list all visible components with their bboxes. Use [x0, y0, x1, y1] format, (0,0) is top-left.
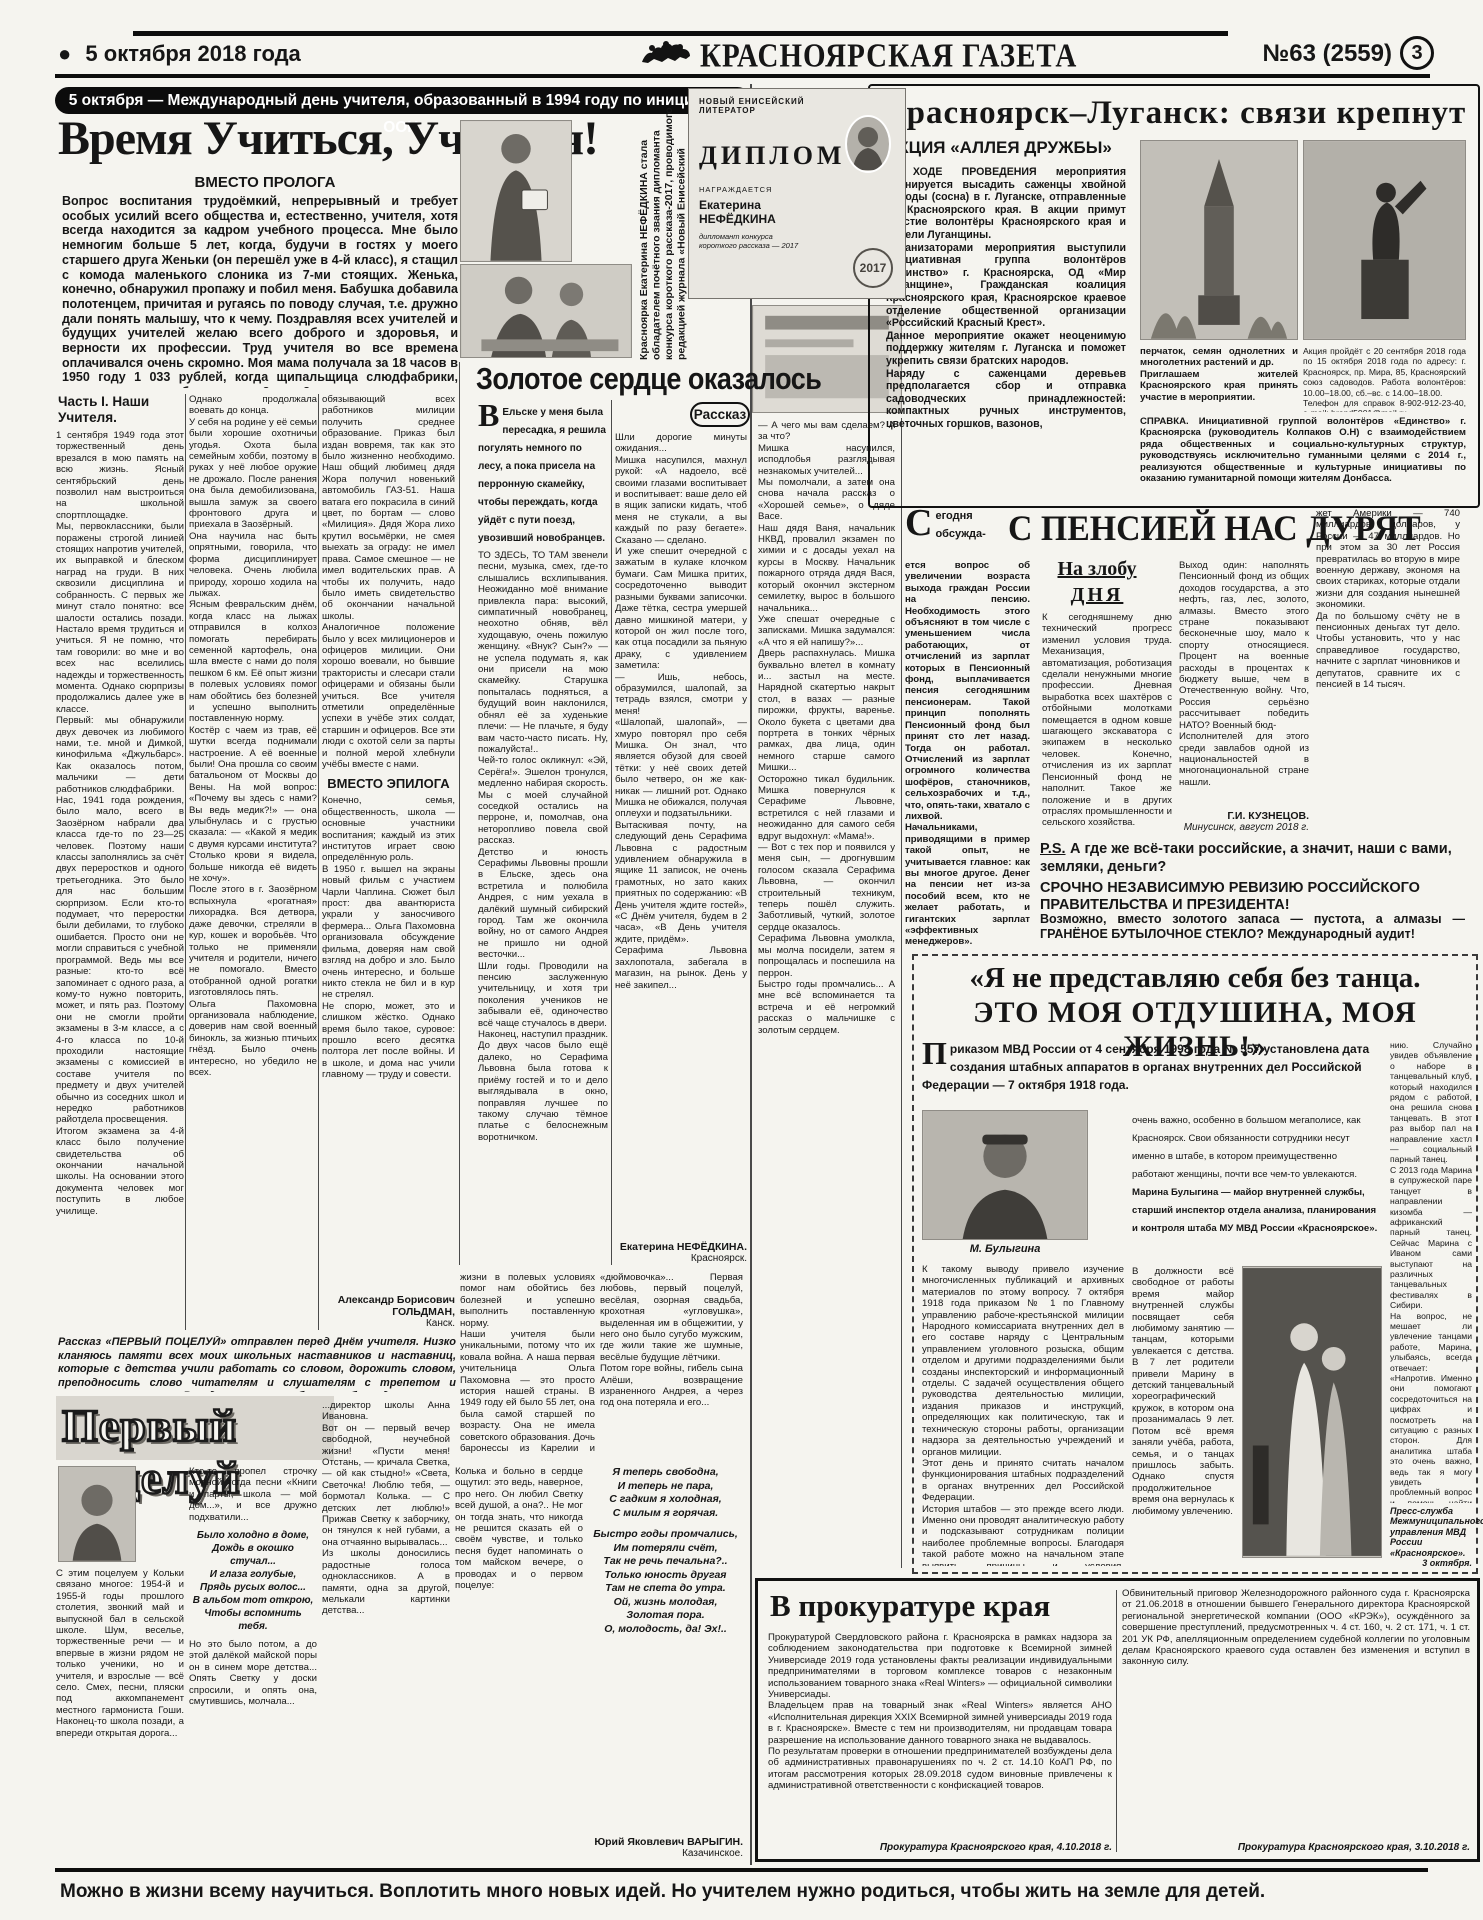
diploma-portrait-photo	[845, 115, 891, 173]
masthead-title: КРАСНОЯРСКАЯ ГАЗЕТА	[700, 35, 1077, 75]
diploma-org: НОВЫЙ ЕНИСЕЙСКИЙ ЛИТЕРАТОР	[699, 97, 819, 115]
kiss-column-4: Колька и больно в сердце ощутил: это вед…	[455, 1466, 583, 1860]
prologue-heading: ВМЕСТО ПРОЛОГА	[150, 174, 380, 191]
horses-ornament-icon	[640, 36, 692, 75]
story-column-1: В Ельске у меня была пересадка, я решила…	[478, 402, 608, 1265]
issue-number: №63 (2559)	[1222, 40, 1392, 68]
pension-column-2: К сегодняшнему дню технический прогресс …	[1042, 612, 1172, 834]
column-rule	[611, 400, 612, 1265]
footer-rule	[55, 1868, 1428, 1872]
story-column-3: — А чего мы вам сделаем? А за что? Мишка…	[758, 420, 895, 1568]
part-one-heading: Часть I. Наши Учителя.	[58, 394, 186, 426]
diploma-awarded-label: НАГРАЖДАЕТСЯ	[699, 185, 895, 194]
photo-dance-couple	[1242, 1266, 1382, 1558]
column-rule	[318, 394, 319, 1330]
kiss-column-5: Я теперь свободна, И теперь не пара, С г…	[588, 1466, 743, 1860]
column-rule	[185, 394, 186, 1330]
photo-monument	[1303, 140, 1466, 340]
photo-kiss-portrait	[58, 1466, 136, 1562]
kiss-byline-place: Казачинское.	[588, 1848, 743, 1860]
prosecutor-column-1: Прокуратурой Свердловского района г. Кра…	[768, 1632, 1112, 1854]
dance-column-2-intro: очень важно, особенно в большом мегаполи…	[1132, 1115, 1361, 1180]
story-byline: Екатерина НЕФЁДКИНА.	[615, 1241, 747, 1253]
pension-kicker-line1: На злобу	[1040, 556, 1154, 582]
lugansk-spravka: СПРАВКА. Инициативной группой волонтёров…	[1140, 416, 1466, 500]
dance-column-2: очень важно, особенно в большом мегаполи…	[1132, 1110, 1382, 1262]
story-title: Золотое сердце оказалось	[476, 362, 752, 396]
kiss-verse-1: Я теперь свободна, И теперь не пара, С г…	[588, 1466, 743, 1520]
photo-bulygina-caption: М. Булыгина	[922, 1243, 1088, 1255]
column-rule	[901, 418, 902, 1568]
kiss-intro: Рассказ «ПЕРВЫЙ ПОЦЕЛУЙ» отправлен перед…	[58, 1336, 456, 1392]
dance-lead: П риказом МВД России от 4 сентября 1998 …	[922, 1040, 1380, 1104]
masthead-logo: КРАСНОЯРСКАЯ ГАЗЕТА	[640, 36, 1077, 75]
pension-opening-text: егодня обсужда-	[935, 510, 985, 540]
pension-column-4: жет Америки — 740 миллиардов долларов, у…	[1316, 508, 1460, 834]
prosecutor-signature-1: Прокуратура Красноярского края, 4.10.201…	[768, 1842, 1112, 1854]
prosecutor-signature-2: Прокуратура Красноярского края, 3.10.201…	[1122, 1842, 1470, 1854]
lugansk-subhead: АКЦИЯ «АЛЛЕЯ ДРУЖБЫ»	[886, 138, 1136, 158]
kiss-title-block: Первый поцелуй	[56, 1396, 334, 1460]
pension-headline: С ПЕНСИЕЙ НАС ДУРЯТ	[1008, 506, 1337, 550]
diploma-name: Екатерина НЕФЁДКИНА	[699, 198, 809, 226]
pension-dropcap: С	[905, 506, 935, 540]
dance-headline-line1: «Я не представляю себя без танца.	[920, 962, 1470, 995]
pension-ps-text: А где же всё-таки российские, а значит, …	[1040, 841, 1452, 875]
prologue-text: Вопрос воспитания трудоёмкий, непрерывны…	[62, 194, 458, 388]
pension-column-3: Выход один: наполнять Пенсионный фонд из…	[1179, 560, 1309, 834]
kiss-poem: Было холодно в доме, Дождь в окошко стуч…	[189, 1529, 317, 1633]
pension-column-3-text: Выход один: наполнять Пенсионный фонд из…	[1179, 560, 1309, 807]
pension-signature-place: Минусинск, август 2018 г.	[1179, 822, 1309, 834]
photo-bulygina-portrait	[922, 1110, 1088, 1240]
pension-ps-block: P.S. А где же всё-таки российские, а зна…	[1040, 840, 1465, 910]
lugansk-column-1: В ХОДЕ ПРОВЕДЕНИЯ мероприятия планируетс…	[886, 166, 1126, 496]
story-column-2-text: Шли дорогие минуты ожидания... Мишка нас…	[615, 432, 747, 1238]
column-rule	[1116, 1590, 1117, 1852]
dance-lead-text: риказом МВД России от 4 сентября 1998 го…	[922, 1042, 1369, 1092]
prosecutor-title: В прокуратуре края	[770, 1588, 1115, 1624]
photo-chapel	[1140, 140, 1298, 340]
pension-ps-label: P.S.	[1040, 841, 1066, 857]
page-number-badge: 3	[1400, 36, 1434, 70]
feature-column-2: Однако продолжала воевать до конца. У се…	[189, 394, 317, 1330]
feature-column-3-text: обязывающий всех работников милиции полу…	[322, 394, 455, 770]
feature-continuation-column-4: жизни в полевых условиях помог нам обойт…	[460, 1272, 595, 1456]
dance-byline: Пресс-служба Межмуниципального управлени…	[1390, 1506, 1472, 1559]
masthead-date: 5 октября 2018 года	[85, 41, 300, 66]
feature-byline: Александр Борисович ГОЛЬДМАН,	[322, 1294, 455, 1318]
diploma-year-badge: 2017	[853, 248, 893, 288]
masthead-bottom-rule	[55, 74, 1430, 78]
diploma-note: дипломант конкурса короткого рассказа — …	[699, 232, 807, 250]
prosecutor-column-2-text: Обвинительный приговор Железнодорожного …	[1122, 1588, 1470, 1839]
dance-right-column-text: нию. Случайно увидев объявление о наборе…	[1390, 1040, 1472, 1503]
photo-children-at-desk	[460, 264, 632, 358]
kiss-column-3: ...директор школы Анна Ивановна. Вот он …	[322, 1400, 450, 1860]
kiss-column-2b-text: Но это было потом, а до этой далёкой май…	[189, 1639, 317, 1707]
pension-ps-demand: СРОЧНО НЕЗАВИСИМУЮ РЕВИЗИЮ РОССИЙСКОГО П…	[1040, 880, 1465, 910]
pension-opening: С егодня обсужда-	[905, 506, 1005, 556]
feature-continuation-column-5: «дюймовочка»... Первая любовь, первый по…	[600, 1272, 743, 1456]
dance-right-column: нию. Случайно увидев объявление о наборе…	[1390, 1040, 1472, 1568]
lugansk-headline: Красноярск–Луганск: связи крепнут	[880, 94, 1468, 132]
pension-kicker: На злобу ДНЯ	[1040, 556, 1154, 608]
lugansk-column-3: Акция пройдёт с 20 сентября 2018 года по…	[1303, 346, 1466, 412]
feature-headline: Время Учиться, Учиться!	[58, 114, 698, 164]
dance-column-1: К такому выводу привело изучение многочи…	[922, 1264, 1124, 1566]
kiss-byline: Юрий Яковлевич ВАРЫГИН.	[588, 1836, 743, 1848]
epilogue-text: Конечно, семья, общественность, школа — …	[322, 795, 455, 1291]
story-genre-badge: Рассказ	[690, 402, 750, 427]
pension-column-1: ется вопрос об увеличении возраста выход…	[905, 560, 1030, 950]
dance-dropcap: П	[922, 1040, 950, 1067]
column-rule	[459, 362, 460, 1265]
epilogue-heading: ВМЕСТО ЭПИЛОГА	[322, 776, 455, 791]
newspaper-page: ● 5 октября 2018 года КРАСНОЯРСКАЯ ГАЗЕТ…	[0, 0, 1483, 1920]
prosecutor-column-2: Обвинительный приговор Железнодорожного …	[1122, 1588, 1470, 1854]
kiss-column-1: С этим поцелуем у Кольки связано многое:…	[56, 1568, 184, 1860]
masthead-date-row: ● 5 октября 2018 года	[58, 40, 301, 68]
photo-teacher-illustration	[460, 120, 572, 262]
story-byline-place: Красноярск.	[615, 1253, 747, 1265]
story-dropcap: В	[478, 402, 502, 429]
kiss-verse-2: Быстро годы промчались, Им потеряли счёт…	[588, 1528, 743, 1833]
feature-column-1: 1 сентября 1949 года этот торжественный …	[56, 430, 184, 1330]
bullet-icon: ●	[58, 41, 71, 66]
diploma-image: НОВЫЙ ЕНИСЕЙСКИЙ ЛИТЕРАТОР ДИПЛОМ НАГРАЖ…	[688, 88, 906, 299]
story-column-2: Шли дорогие минуты ожидания... Мишка нас…	[615, 432, 747, 1265]
pension-kicker-line2: ДНЯ	[1040, 582, 1154, 608]
dance-column-2-name: Марина Булыгина — майор внутренней служб…	[1132, 1187, 1377, 1234]
kiss-column-2-text: Кто-то пропел строчку модной тогда песни…	[189, 1466, 317, 1523]
pension-ps-audit: Возможно, вместо золотого запаса — пусто…	[1040, 912, 1465, 950]
lugansk-column-2: перчаток, семян однолетних и многолетних…	[1140, 346, 1298, 412]
prosecutor-column-1-text: Прокуратурой Свердловского района г. Кра…	[768, 1632, 1112, 1839]
dance-byline-date: 3 октября.	[1390, 1558, 1472, 1568]
feature-column-3: обязывающий всех работников милиции полу…	[322, 394, 455, 1330]
story-column-1-text: ТО ЗДЕСЬ, ТО ТАМ звенели песни, музыка, …	[478, 550, 608, 1143]
dance-column-2b: В должности всё свободное от работы врем…	[1132, 1266, 1234, 1566]
footer-motto: Можно в жизни всему научиться. Воплотить…	[60, 1880, 1440, 1904]
diploma-vertical-caption: Красноярка Екатерина НЕФЁДКИНА стала обл…	[638, 92, 688, 360]
pension-signature: Г.И. КУЗНЕЦОВ.	[1179, 810, 1309, 822]
feature-byline-place: Канск.	[322, 1318, 455, 1330]
page-center-rule	[750, 84, 752, 1865]
kiss-column-2: Кто-то пропел строчку модной тогда песни…	[189, 1466, 317, 1860]
